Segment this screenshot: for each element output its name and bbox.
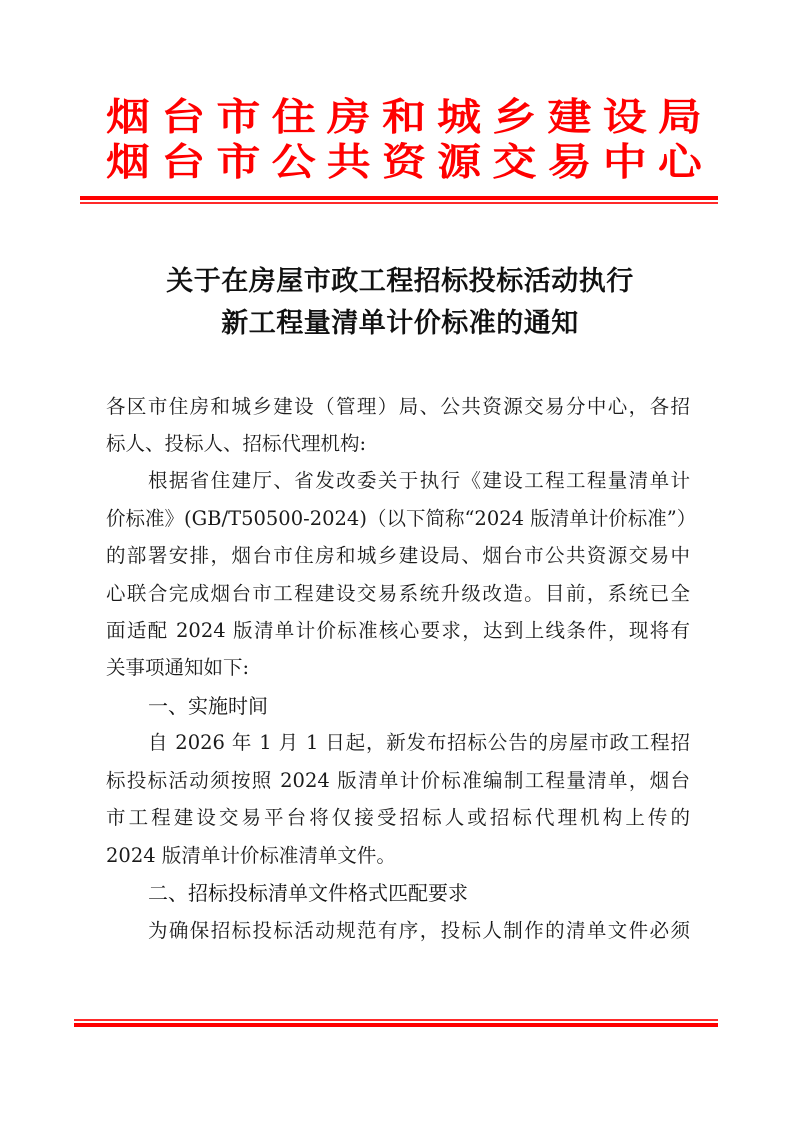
document-title-line-1: 关于在房屋市政工程招标投标活动执行 (0, 265, 793, 299)
letterhead-character: 烟 (104, 98, 152, 138)
letterhead-character: 房 (325, 98, 373, 138)
section1-paragraph-line: 自 2026 年 1 月 1 日起，新发布招标公告的房屋市政工程招 (148, 729, 690, 757)
letterhead-character: 易 (546, 143, 594, 183)
letterhead-character: 设 (601, 98, 649, 138)
letterhead-character: 和 (380, 98, 428, 138)
letterhead-character: 台 (159, 143, 207, 183)
letterhead-character: 市 (214, 98, 262, 138)
section1-paragraph-line: 标投标活动须按照 2024 版清单计价标准编制工程量清单，烟台 (106, 767, 690, 795)
letterhead-character: 中 (601, 143, 649, 183)
letterhead-character: 乡 (490, 98, 538, 138)
salutation-line: 标人、投标人、招标代理机构: (106, 430, 690, 458)
section-heading-file-format-requirements: 二、招标投标清单文件格式匹配要求 (148, 879, 468, 907)
salutation-line: 各区市住房和城乡建设（管理）局、公共资源交易分中心，各招 (106, 393, 690, 421)
letterhead-character: 建 (546, 98, 594, 138)
intro-paragraph-line: 关事项通知如下: (106, 654, 690, 682)
section1-paragraph-line: 2024 版清单计价标准清单文件。 (106, 842, 690, 870)
letterhead-character: 局 (656, 98, 704, 138)
letterhead-character: 台 (159, 98, 207, 138)
letterhead-character: 烟 (104, 143, 152, 183)
letterhead-character: 公 (270, 143, 318, 183)
intro-paragraph-line: 价标准》(GB/T50500-2024)（以下简称“2024 版清单计价标准”） (106, 505, 690, 533)
letterhead-character: 交 (490, 143, 538, 183)
letterhead-line-2: 烟台市公共资源交易中心 (104, 140, 704, 186)
letterhead-rule-thick (80, 196, 718, 200)
footer-rule-thick (74, 1023, 718, 1027)
section-heading-implementation-time: 一、实施时间 (148, 692, 268, 720)
letterhead-character: 共 (325, 143, 373, 183)
letterhead-character: 源 (435, 143, 483, 183)
letterhead-character: 城 (435, 98, 483, 138)
intro-paragraph-line: 的部署安排，烟台市住房和城乡建设局、烟台市公共资源交易中 (106, 542, 690, 570)
letterhead-rule-thin (80, 202, 718, 204)
intro-paragraph-line: 心联合完成烟台市工程建设交易系统升级改造。目前，系统已全 (106, 580, 690, 608)
letterhead-character: 市 (214, 143, 262, 183)
footer-rule-thin (74, 1019, 718, 1021)
letterhead-character: 资 (380, 143, 428, 183)
intro-paragraph-line: 面适配 2024 版清单计价标准核心要求，达到上线条件，现将有 (106, 617, 690, 645)
document-page: 烟台市住房和城乡建设局 烟台市公共资源交易中心 关于在房屋市政工程招标投标活动执… (0, 0, 793, 1122)
section1-paragraph-line: 市工程建设交易平台将仅接受招标人或招标代理机构上传的 (106, 804, 690, 832)
document-title-line-2: 新工程量清单计价标准的通知 (0, 307, 793, 341)
letterhead-line-1: 烟台市住房和城乡建设局 (104, 95, 704, 141)
letterhead-character: 住 (270, 98, 318, 138)
letterhead-character: 心 (656, 143, 704, 183)
intro-paragraph-line: 根据省住建厅、省发改委关于执行《建设工程工程量清单计 (148, 467, 690, 495)
section2-paragraph-line: 为确保招标投标活动规范有序，投标人制作的清单文件必须 (148, 917, 690, 945)
